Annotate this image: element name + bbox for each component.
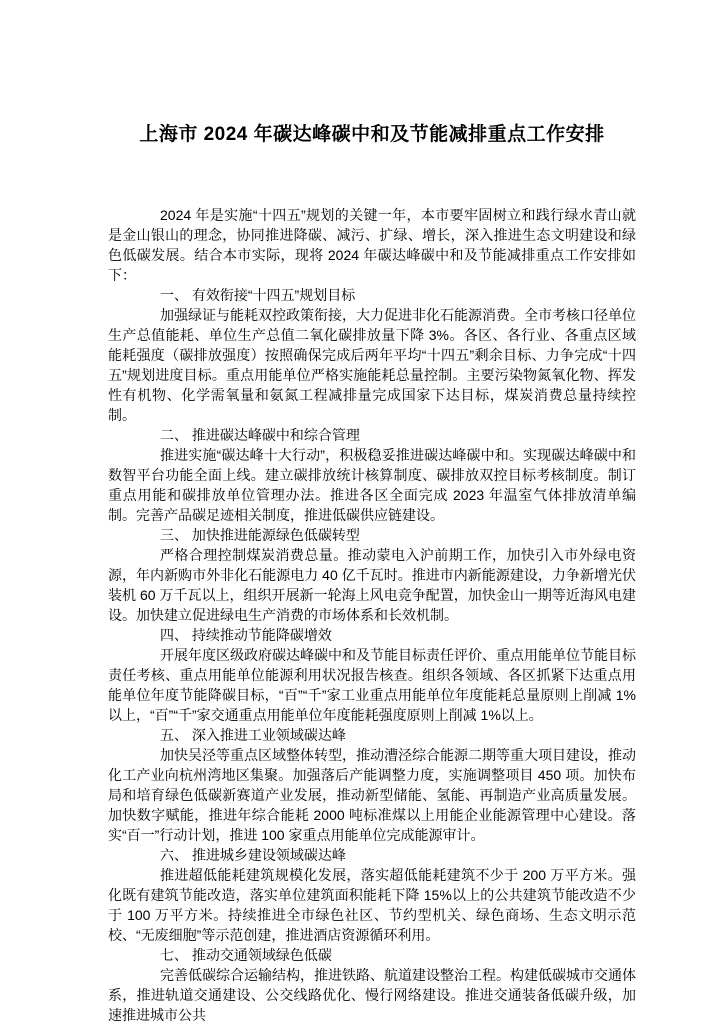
section-heading: 四、 持续推动节能降碳增效	[108, 625, 636, 645]
section-heading: 一、 有效衔接“十四五”规划目标	[108, 285, 636, 305]
section-heading: 三、 加快推进能源绿色低碳转型	[108, 525, 636, 545]
section-heading: 五、 深入推进工业领域碳达峰	[108, 725, 636, 745]
document-content: 上海市 2024 年碳达峰碳中和及节能减排重点工作安排 2024 年是实施“十四…	[108, 122, 636, 1024]
document-title: 上海市 2024 年碳达峰碳中和及节能减排重点工作安排	[108, 122, 636, 148]
document-body: 2024 年是实施“十四五”规划的关键一年，本市要牢固树立和践行绿水青山就是金山…	[108, 205, 636, 1024]
section-heading: 二、 推进碳达峰碳中和综合管理	[108, 425, 636, 445]
body-paragraph: 加快吴泾等重点区域整体转型，推动漕泾综合能源二期等重大项目建设，推动化工产业向杭…	[108, 745, 636, 845]
section-heading: 六、 推进城乡建设领域碳达峰	[108, 845, 636, 865]
body-paragraph: 推进超低能耗建筑规模化发展，落实超低能耗建筑不少于 200 万平方米。强化既有建…	[108, 865, 636, 945]
body-paragraph: 推进实施“碳达峰十大行动”，积极稳妥推进碳达峰碳中和。实现碳达峰碳中和数智平台功…	[108, 445, 636, 525]
section-heading: 七、 推动交通领域绿色低碳	[108, 945, 636, 965]
document-page: 上海市 2024 年碳达峰碳中和及节能减排重点工作安排 2024 年是实施“十四…	[0, 0, 724, 1024]
body-paragraph: 严格合理控制煤炭消费总量。推动蒙电入沪前期工作，加快引入市外绿电资源，年内新购市…	[108, 545, 636, 625]
body-paragraph: 完善低碳综合运输结构，推进铁路、航道建设整治工程。构建低碳城市交通体系，推进轨道…	[108, 965, 636, 1024]
body-paragraph: 加强绿证与能耗双控政策衔接，大力促进非化石能源消费。全市考核口径单位生产总值能耗…	[108, 305, 636, 425]
body-paragraph: 2024 年是实施“十四五”规划的关键一年，本市要牢固树立和践行绿水青山就是金山…	[108, 205, 636, 285]
body-paragraph: 开展年度区级政府碳达峰碳中和及节能目标责任评价、重点用能单位节能目标责任考核、重…	[108, 645, 636, 725]
